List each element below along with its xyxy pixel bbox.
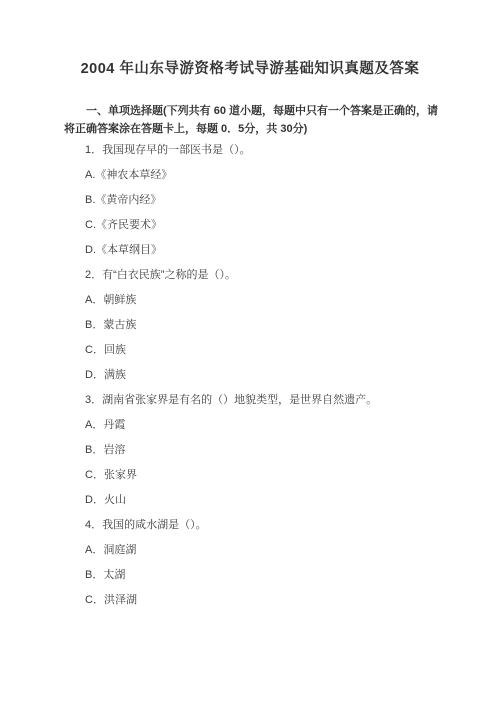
option-item: C．张家界 xyxy=(85,469,500,481)
option-item: B.《黄帝内经》 xyxy=(85,194,500,206)
option-item: C.《齐民要术》 xyxy=(85,219,500,231)
option-item: B．岩溶 xyxy=(85,444,500,456)
question-block: 4．我国的咸水湖是（）。 A．洞庭湖 B．太湖 C．洪泽湖 xyxy=(0,519,500,606)
question-text: 4．我国的咸水湖是（）。 xyxy=(85,519,500,531)
option-item: D．火山 xyxy=(85,494,500,506)
option-item: C．洪泽湖 xyxy=(85,594,500,606)
document-page: 2004 年山东导游资格考试导游基础知识真题及答案 一、单项选择题(下列共有 6… xyxy=(0,0,500,708)
question-block: 2．有“白衣民族”之称的是（）。 A．朝鲜族 B．蒙古族 C．回族 D．满族 xyxy=(0,269,500,381)
option-item: A．丹霞 xyxy=(85,419,500,431)
section-instructions: 一、单项选择题(下列共有 60 道小题，每题中只有一个答案是正确的，请将正确答案… xyxy=(64,102,440,138)
option-item: A.《神农本草经》 xyxy=(85,169,500,181)
question-block: 1．我国现存早的一部医书是（）。 A.《神农本草经》 B.《黄帝内经》 C.《齐… xyxy=(0,144,500,256)
question-text: 1．我国现存早的一部医书是（）。 xyxy=(85,144,500,156)
page-title: 2004 年山东导游资格考试导游基础知识真题及答案 xyxy=(0,0,500,79)
option-item: B．太湖 xyxy=(85,569,500,581)
option-item: A．洞庭湖 xyxy=(85,544,500,556)
question-text: 3．湖南省张家界是有名的（）地貌类型，是世界自然遗产。 xyxy=(85,394,500,406)
option-item: B．蒙古族 xyxy=(85,319,500,331)
option-item: D.《本草纲目》 xyxy=(85,244,500,256)
question-text: 2．有“白衣民族”之称的是（）。 xyxy=(85,269,500,281)
option-item: C．回族 xyxy=(85,344,500,356)
question-block: 3．湖南省张家界是有名的（）地貌类型，是世界自然遗产。 A．丹霞 B．岩溶 C．… xyxy=(0,394,500,506)
option-item: D．满族 xyxy=(85,369,500,381)
option-item: A．朝鲜族 xyxy=(85,294,500,306)
